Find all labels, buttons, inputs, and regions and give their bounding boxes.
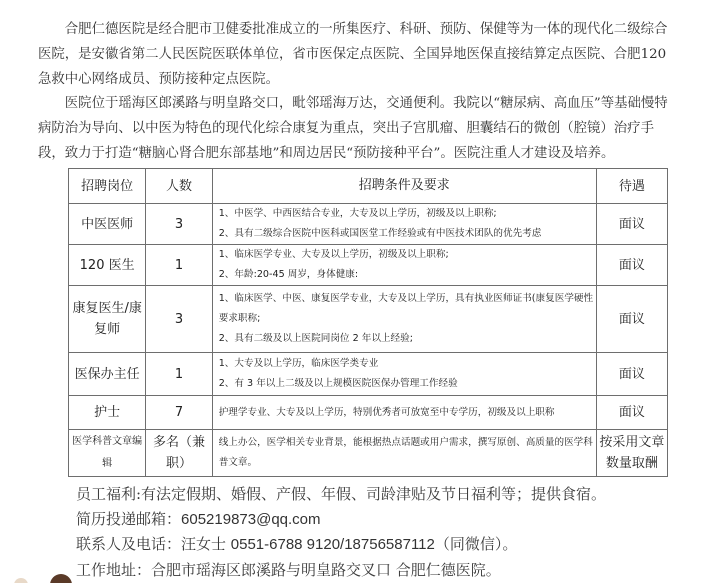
contact-phone: 0551-6788 9120/18756587112	[231, 536, 435, 553]
count-cell: 1	[146, 245, 212, 286]
table-header-row: 招聘岗位 人数 招聘条件及要求 待遇	[69, 169, 668, 204]
table-row: 康复医生/康复师 3 1、临床医学、中医、康复医学专业，大专及以上学历，具有执业…	[69, 286, 668, 353]
hospital-introduction: 合肥仁德医院是经合肥市卫健委批准成立的一所集医疗、科研、预防、保健等为一体的现代…	[38, 18, 678, 167]
count-cell: 3	[146, 204, 212, 245]
contact-suffix: （同微信）。	[435, 535, 518, 553]
position-cell: 医学科普文章编辑	[69, 430, 146, 477]
table-row: 120 医生 1 1、临床医学专业、大专及以上学历，初级及以上职称; 2、年龄:…	[69, 245, 668, 286]
header-pay: 待遇	[596, 169, 667, 204]
requirements-cell: 护理学专业、大专及以上学历，特别优秀者可放宽至中专学历，初级及以上职称	[212, 396, 596, 430]
count-cell: 1	[146, 353, 212, 396]
count-cell: 多名（兼职）	[146, 430, 212, 477]
address-text: 工作地址：合肥市瑶海区郎溪路与明皇路交叉口 合肥仁德医院。	[76, 558, 716, 583]
position-cell: 护士	[69, 396, 146, 430]
header-position: 招聘岗位	[69, 169, 146, 204]
header-requirements: 招聘条件及要求	[212, 169, 596, 204]
pay-cell: 面议	[596, 245, 667, 286]
count-cell: 3	[146, 286, 212, 353]
position-cell: 康复医生/康复师	[69, 286, 146, 353]
requirements-cell: 1、中医学、中西医结合专业，大专及以上学历，初级及以上职称; 2、具有二级综合医…	[212, 204, 596, 245]
pay-cell: 面议	[596, 353, 667, 396]
contact-info: 员工福利:有法定假期、婚假、产假、年假、司龄津贴及节日福利等；提供食宿。 简历投…	[76, 482, 716, 582]
pay-cell: 面议	[596, 286, 667, 353]
position-cell: 中医医师	[69, 204, 146, 245]
pay-cell: 面议	[596, 396, 667, 430]
pay-cell: 面议	[596, 204, 667, 245]
decorative-shape	[14, 578, 28, 583]
intro-paragraph: 合肥仁德医院是经合肥市卫健委批准成立的一所集医疗、科研、预防、保健等为一体的现代…	[38, 18, 678, 92]
position-cell: 医保办主任	[69, 353, 146, 396]
requirements-cell: 1、大专及以上学历，临床医学类专业 2、有 3 年以上二级及以上规模医院医保办管…	[212, 353, 596, 396]
email-label: 简历投递邮箱：	[76, 510, 181, 528]
table-row: 医学科普文章编辑 多名（兼职） 线上办公，医学相关专业背景，能根据热点话题或用户…	[69, 430, 668, 477]
requirements-cell: 1、临床医学专业、大专及以上学历，初级及以上职称; 2、年龄:20-45 周岁，…	[212, 245, 596, 286]
contact-label: 联系人及电话：汪女士	[76, 535, 231, 553]
email-line: 简历投递邮箱：605219873@qq.com	[76, 507, 716, 533]
email-address[interactable]: 605219873@qq.com	[181, 511, 321, 528]
position-cell: 120 医生	[69, 245, 146, 286]
benefits-text: 员工福利:有法定假期、婚假、产假、年假、司龄津贴及节日福利等；提供食宿。	[76, 482, 716, 507]
count-cell: 7	[146, 396, 212, 430]
table-row: 护士 7 护理学专业、大专及以上学历，特别优秀者可放宽至中专学历，初级及以上职称…	[69, 396, 668, 430]
requirements-cell: 1、临床医学、中医、康复医学专业，大专及以上学历，具有执业医师证书(康复医学硬性…	[212, 286, 596, 353]
requirements-cell: 线上办公，医学相关专业背景，能根据热点话题或用户需求，撰写原创、高质量的医学科普…	[212, 430, 596, 477]
contact-line: 联系人及电话：汪女士 0551-6788 9120/18756587112（同微…	[76, 532, 716, 558]
intro-paragraph: 医院位于瑶海区郎溪路与明皇路交口，毗邻瑶海万达，交通便利。我院以“糖尿病、高血压…	[38, 92, 678, 166]
pay-cell: 按采用文章数量取酬	[596, 430, 667, 477]
decorative-shape	[50, 574, 72, 583]
table-row: 医保办主任 1 1、大专及以上学历，临床医学类专业 2、有 3 年以上二级及以上…	[69, 353, 668, 396]
header-count: 人数	[146, 169, 212, 204]
table-row: 中医医师 3 1、中医学、中西医结合专业，大专及以上学历，初级及以上职称; 2、…	[69, 204, 668, 245]
recruitment-table: 招聘岗位 人数 招聘条件及要求 待遇 中医医师 3 1、中医学、中西医结合专业，…	[68, 168, 668, 477]
